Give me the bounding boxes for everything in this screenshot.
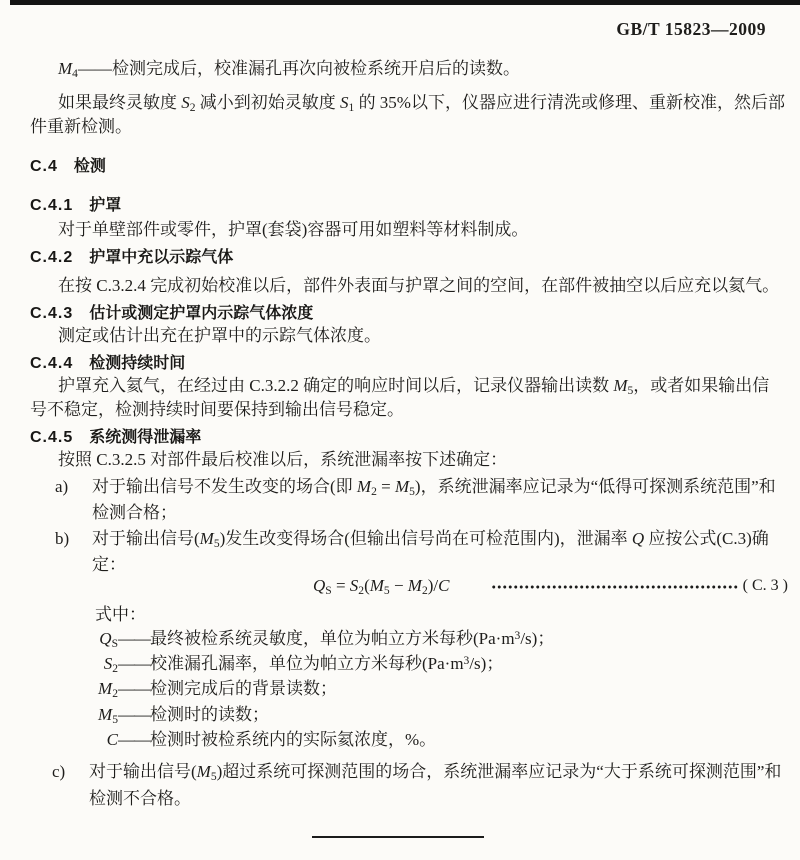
definition-row-s2: S2——校准漏孔漏率，单位为帕立方米每秒(Pa·m3/s)；: [30, 653, 790, 675]
section-title: 估计或测定护罩内示踪气体浓度: [89, 305, 313, 322]
section-heading-c4-1: C.4.1护罩: [30, 192, 786, 215]
definition-dash: ——: [118, 654, 150, 673]
definition-dash: ——: [118, 629, 150, 648]
list-item-text: 对于输出信号(M5)发生改变得场合(但输出信号尚在可检范围内)，泄漏率 Q 应按…: [92, 529, 769, 574]
document-end-line: [312, 836, 484, 838]
section-title: 检测持续时间: [89, 355, 185, 372]
section-heading-c4-4: C.4.4检测持续时间: [30, 350, 786, 373]
section-title: 护罩中充以示踪气体: [89, 249, 233, 266]
list-item-marker: b): [55, 526, 69, 552]
definition-description: 检测完成后的背景读数；: [150, 679, 337, 698]
recalibration-note: 如果最终灵敏度 S2 减小到初始灵敏度 S1 的 35%以下，仪器应进行清洗或修…: [30, 91, 786, 138]
definition-variable: S2: [30, 653, 118, 675]
section-body-c4-1: 对于单壁部件或零件，护罩(套袋)容器可用如塑料等材料制成。: [30, 218, 786, 241]
definition-row-m5: M5——检测时的读数；: [30, 704, 790, 726]
dotted-leader: [491, 584, 738, 590]
section-body-c4-2: 在按 C.3.2.4 完成初始校准以后，部件外表面与护罩之间的空间，在部件被抽空…: [30, 274, 796, 297]
list-item-c: c) 对于输出信号(M5)超过系统可探测范围的场合，系统泄漏率应记录为“大于系统…: [52, 758, 790, 812]
section-body-c4-4: 护罩充入氦气，在经过由 C.3.2.2 确定的响应时间以后，记录仪器输出读数 M…: [30, 374, 786, 422]
section-heading-c4-2: C.4.2护罩中充以示踪气体: [30, 244, 786, 267]
section-number: C.4.1: [30, 197, 73, 214]
section-lead-c4-5: 按照 C.3.2.5 对部件最后校准以后，系统泄漏率按下述确定：: [30, 448, 786, 471]
list-item-b: b) 对于输出信号(M5)发生改变得场合(但输出信号尚在可检范围内)，泄漏率 Q…: [55, 526, 790, 578]
m4-definition-line: M4——检测完成后，校准漏孔再次向被检系统开启后的读数。: [30, 57, 786, 80]
definition-dash: ——: [118, 705, 150, 724]
section-number: C.4: [30, 158, 58, 175]
definition-description: 校准漏孔漏率，单位为帕立方米每秒(Pa·m3/s)；: [150, 654, 503, 673]
definition-row-qs: QS——最终被检系统灵敏度，单位为帕立方米每秒(Pa·m3/s)；: [30, 628, 790, 650]
standard-code: GB/T 15823—2009: [616, 19, 766, 40]
section-title: 系统测得泄漏率: [89, 429, 201, 446]
equation-expression: QS = S2(M5 − M2)/C: [313, 575, 449, 597]
list-item-text: 对于输出信号不发生改变的场合(即 M2 = M5)，系统泄漏率应记录为“低得可探…: [92, 477, 776, 522]
section-number: C.4.2: [30, 249, 73, 266]
list-item-a: a) 对于输出信号不发生改变的场合(即 M2 = M5)，系统泄漏率应记录为“低…: [55, 474, 790, 526]
definition-variable: C: [30, 729, 118, 751]
section-title: 护罩: [89, 197, 121, 214]
definition-dash: ——: [118, 679, 150, 698]
equation-c3: QS = S2(M5 − M2)/C ( C. 3 ): [313, 575, 788, 597]
list-item-text: 对于输出信号(M5)超过系统可探测范围的场合，系统泄漏率应记录为“大于系统可探测…: [89, 762, 781, 808]
list-item-marker: a): [55, 474, 68, 500]
definition-row-m2: M2——检测完成后的背景读数；: [30, 678, 790, 700]
scan-edge-bar: [10, 0, 800, 5]
definition-variable: M5: [30, 704, 118, 726]
definition-row-c: C——检测时被检系统内的实际氦浓度，%。: [30, 729, 790, 751]
definition-variable: M2: [30, 678, 118, 700]
definition-dash: ——: [118, 730, 150, 749]
definition-variable: QS: [30, 628, 118, 650]
section-number: C.4.4: [30, 355, 73, 372]
definition-description: 检测时被检系统内的实际氦浓度，%。: [150, 730, 436, 749]
definition-description: 检测时的读数；: [150, 705, 269, 724]
section-body-c4-3: 测定或估计出充在护罩中的示踪气体浓度。: [30, 324, 786, 347]
definition-description: 最终被检系统灵敏度，单位为帕立方米每秒(Pa·m3/s)；: [150, 629, 554, 648]
section-number: C.4.3: [30, 305, 73, 322]
section-number: C.4.5: [30, 429, 73, 446]
list-item-marker: c): [52, 758, 65, 785]
equation-number: ( C. 3 ): [743, 575, 788, 597]
section-heading-c4-3: C.4.3估计或测定护罩内示踪气体浓度: [30, 300, 786, 323]
section-title: 检测: [74, 158, 106, 175]
section-heading-c4-5: C.4.5系统测得泄漏率: [30, 424, 786, 447]
definitions-intro: 式中：: [95, 604, 146, 626]
section-heading-c4: C.4检测: [30, 153, 786, 176]
document-page: GB/T 15823—2009 M4——检测完成后，校准漏孔再次向被检系统开启后…: [0, 0, 800, 860]
